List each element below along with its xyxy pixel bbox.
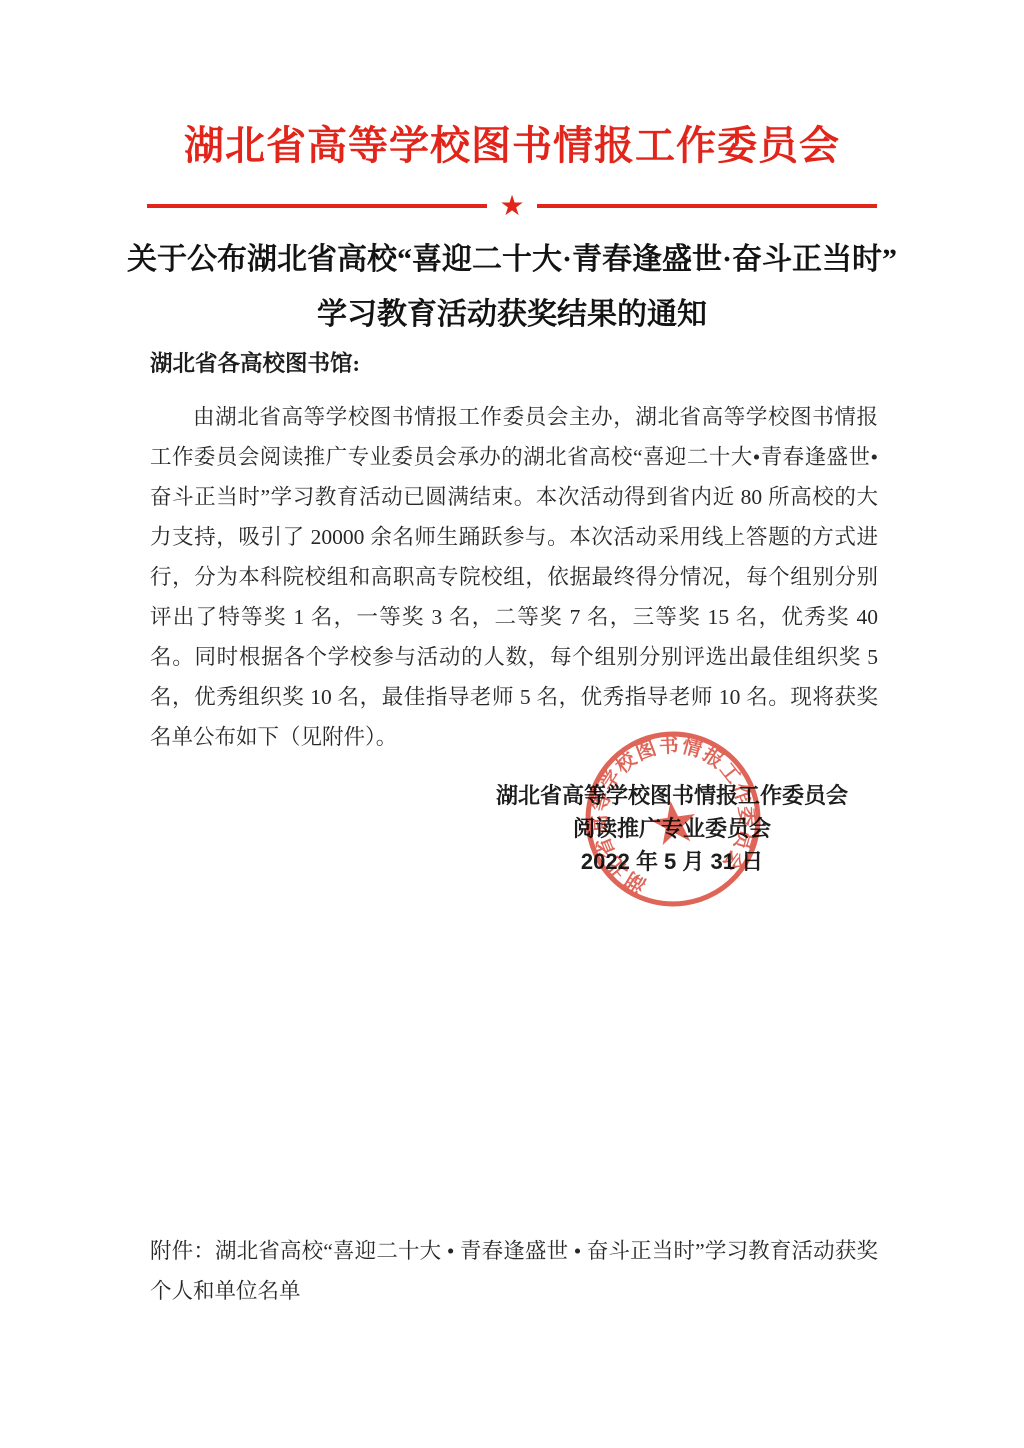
signature-sub-org: 阅读推广专业委员会 [462,812,882,845]
notice-document-page: 湖北省高等学校图书情报工作委员会 ★ 关于公布湖北省高校“喜迎二十大·青春逢盛世… [0,0,1024,1448]
letterhead-org-title: 湖北省高等学校图书情报工作委员会 [0,122,1024,170]
divider-rule-right [537,204,877,208]
letterhead-divider: ★ [147,190,877,222]
signature-date: 2022 年 5 月 31 日 [462,845,882,878]
document-title: 关于公布湖北省高校“喜迎二十大·青春逢盛世·奋斗正当时” 学习教育活动获奖结果的… [80,232,944,342]
document-title-line2: 学习教育活动获奖结果的通知 [80,287,944,342]
star-icon: ★ [499,192,524,220]
salutation: 湖北省各高校图书馆: [150,349,360,379]
document-title-line1: 关于公布湖北省高校“喜迎二十大·青春逢盛世·奋斗正当时” [80,232,944,287]
body-paragraph: 由湖北省高等学校图书情报工作委员会主办，湖北省高等学校图书情报工作委员会阅读推广… [150,397,878,757]
signature-block: 湖北省高等学校图书情报工作委员会 阅读推广专业委员会 2022 年 5 月 31… [462,779,882,878]
divider-rule-left [147,204,487,208]
signature-org: 湖北省高等学校图书情报工作委员会 [462,779,882,812]
attachment-note: 附件：湖北省高校“喜迎二十大 • 青春逢盛世 • 奋斗正当时”学习教育活动获奖个… [150,1231,878,1311]
